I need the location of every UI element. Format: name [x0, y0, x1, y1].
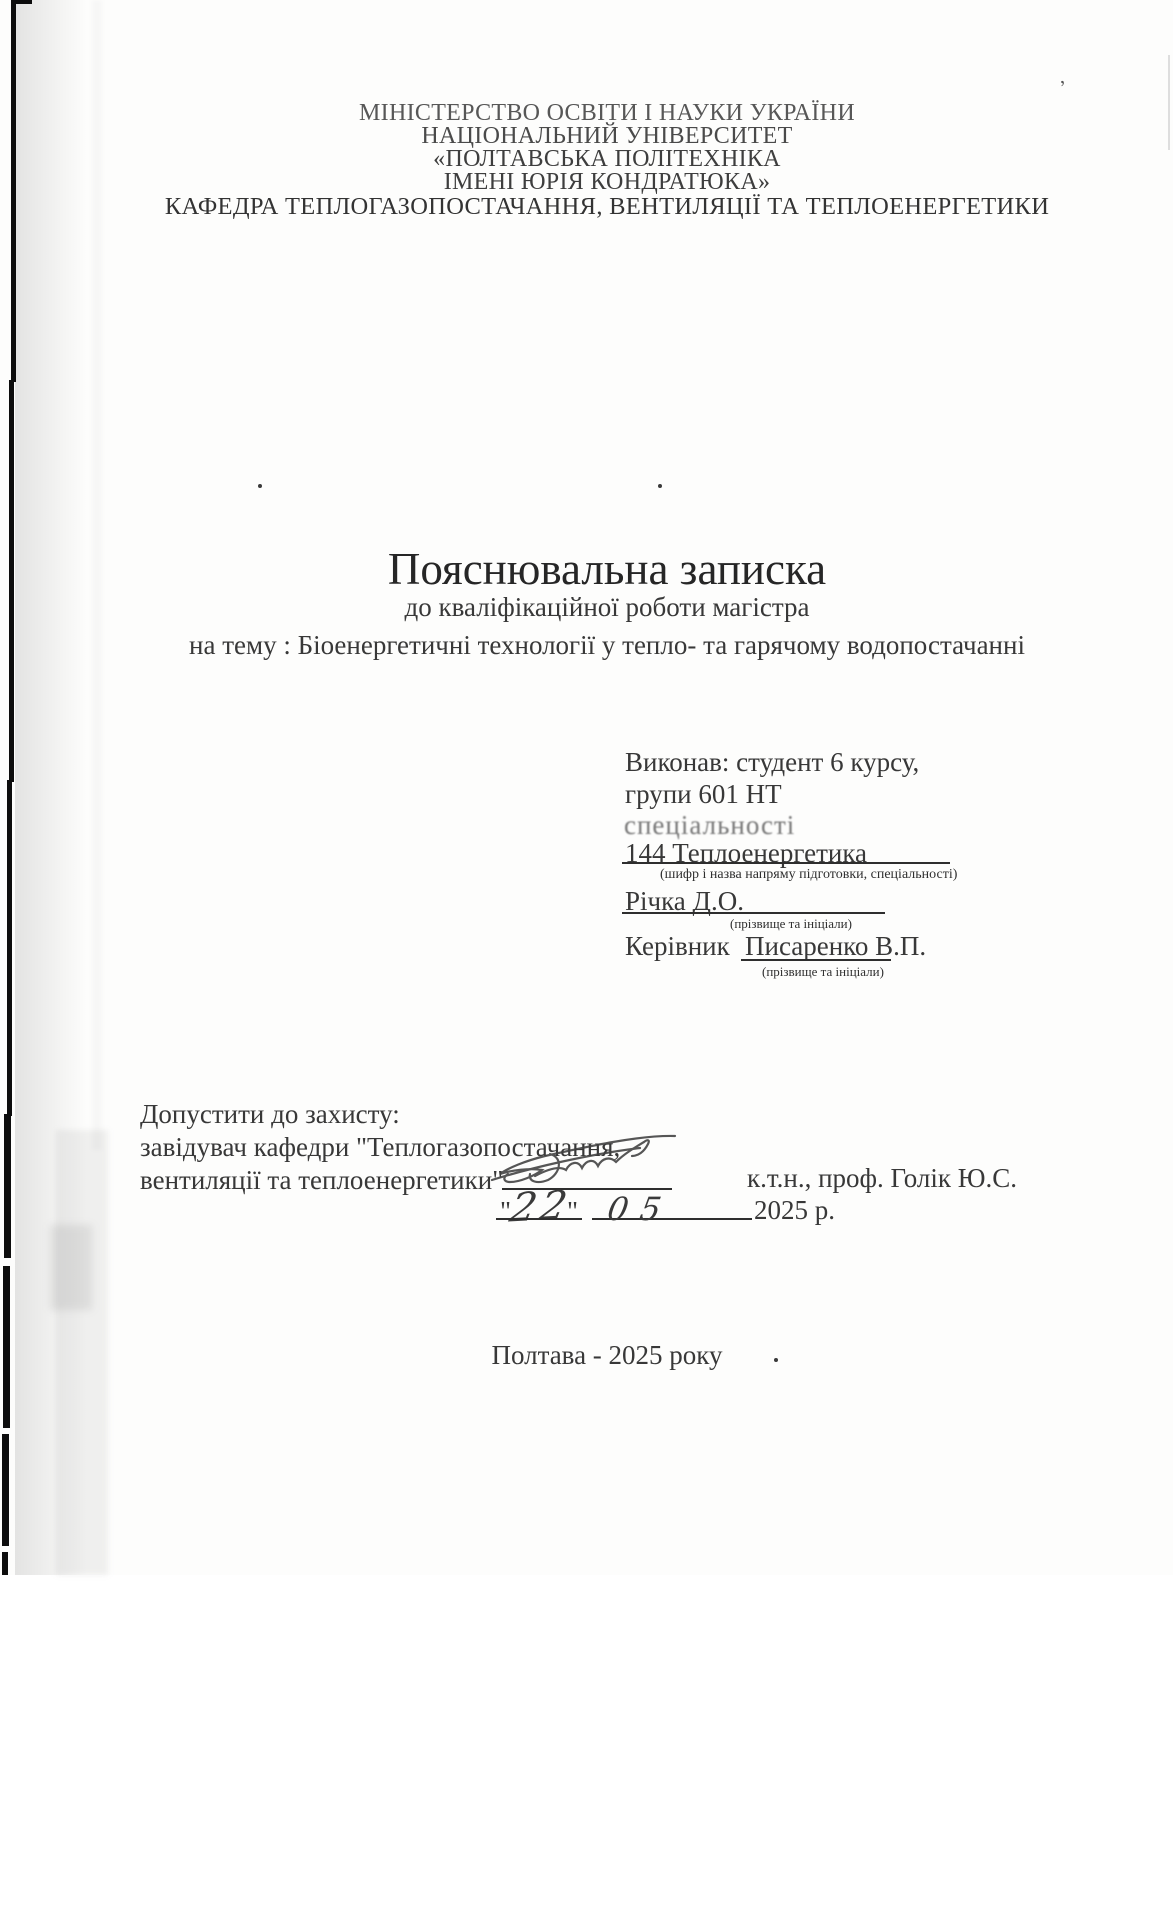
supervisor-caption: (прізвище та ініціали)	[762, 964, 884, 980]
specialty-underline	[622, 862, 950, 864]
supervisor-name: Писаренко В.П.	[745, 931, 926, 962]
binding-spine	[3, 1266, 10, 1428]
binding-spine	[2, 1434, 9, 1546]
date-quote-close: "	[567, 1196, 578, 1227]
scanned-thesis-title-page: ‚ МІНІСТЕРСТВО ОСВІТИ І НАУКИ УКРАЇНИ НА…	[0, 0, 1173, 1920]
department-line: КАФЕДРА ТЕПЛОГАЗОПОСТАЧАННЯ, ВЕНТИЛЯЦІЇ …	[41, 193, 1173, 221]
document-subtitle: до кваліфікаційної роботи магістра	[41, 592, 1173, 623]
approval-line1: Допустити до захисту:	[140, 1099, 400, 1130]
university-name-line3: ІМЕНІ ЮРІЯ КОНДРАТЮКА»	[41, 169, 1173, 196]
approval-line3: вентиляції та теплоенергетики"	[140, 1165, 503, 1196]
binding-spine	[2, 1552, 8, 1575]
day-underline	[496, 1218, 582, 1220]
city-year-line: Полтава - 2025 року	[41, 1340, 1173, 1371]
binding-spine	[7, 780, 12, 1116]
student-name-caption: (прізвище та ініціали)	[730, 916, 852, 932]
document-title: Пояснювальна записка	[41, 543, 1173, 595]
paper-area	[0, 0, 1173, 1575]
date-year: 2025 р.	[754, 1195, 835, 1226]
supervisor-label: Керівник	[625, 931, 730, 962]
supervisor-underline	[741, 959, 891, 961]
handwritten-month: 05	[605, 1190, 676, 1228]
scan-smudge	[50, 1225, 92, 1310]
thesis-topic: на тему : Біоенергетичні технології у те…	[41, 630, 1173, 661]
group-line: групи 601 НТ	[625, 779, 782, 810]
student-name-underline	[622, 912, 885, 914]
specialty-caption: (шифр і назва напряму підготовки, спеціа…	[660, 867, 957, 883]
page-dot	[258, 484, 262, 488]
approver-name: к.т.н., проф. Голік Ю.С.	[747, 1163, 1017, 1194]
page-dot	[658, 484, 662, 488]
handwritten-day: 22	[506, 1182, 575, 1231]
binding-spine	[4, 1114, 11, 1258]
binding-spine	[9, 380, 14, 782]
specialty-value: 144 Теплоенергетика	[625, 838, 867, 869]
performed-by-line: Виконав: студент 6 курсу,	[625, 747, 919, 778]
specialty-label: спеціальності	[624, 810, 795, 841]
